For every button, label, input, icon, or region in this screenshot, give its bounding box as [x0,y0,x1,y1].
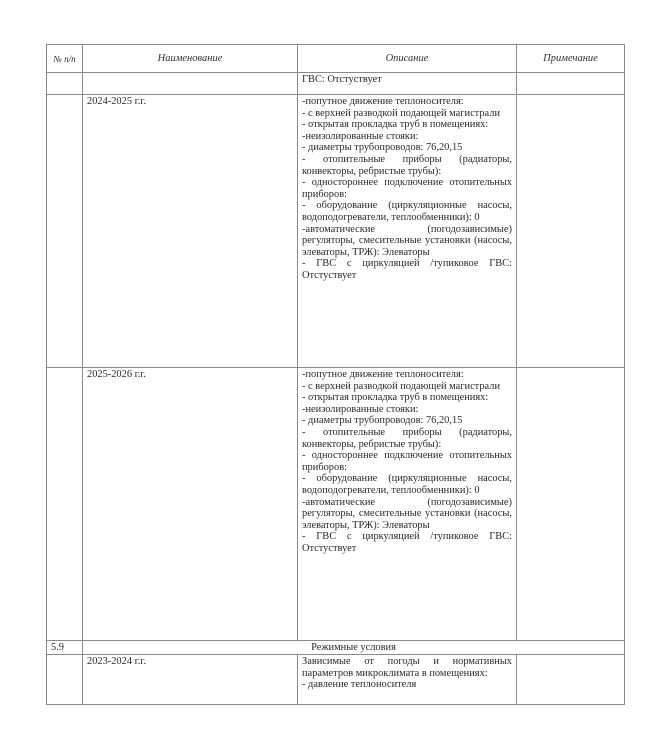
description-line: -неизолированные стояки: [302,404,512,416]
row-name: 2023-2024 г.г. [83,655,298,705]
description-line: Зависимые от погоды и нормативных параме… [302,656,512,679]
description-line: ГВС: Отстуствует [302,74,512,86]
row-note [517,73,625,95]
section-title: Режимные условия [83,641,625,655]
row-num [47,73,83,95]
description-line: - открытая прокладка труб в помещениях: [302,119,512,131]
row-num [47,655,83,705]
description-line: - с верхней разводкой подающей магистрал… [302,108,512,120]
row-description: ГВС: Отстуствует [298,73,517,95]
description-line: -попутное движение теплоносителя: [302,369,512,381]
description-line: - с верхней разводкой подающей магистрал… [302,381,512,393]
row-num [47,95,83,368]
row-description: Зависимые от погоды и нормативных параме… [298,655,517,705]
header-description: Описание [298,45,517,73]
row-note [517,655,625,705]
row-note [517,95,625,368]
table-row: 2023-2024 г.г. Зависимые от погоды и нор… [47,655,625,705]
row-description: -попутное движение теплоносителя:- с вер… [298,368,517,641]
description-line: - отопительные приборы (радиаторы, конве… [302,154,512,177]
description-line: - ГВС с циркуляцией /тупиковое ГВС: Отст… [302,258,512,281]
description-line: -попутное движение теплоносителя: [302,96,512,108]
section-number: 5.9 [47,641,83,655]
row-description: -попутное движение теплоносителя:- с вер… [298,95,517,368]
header-name: Наименование [83,45,298,73]
row-name [83,73,298,95]
row-name: 2025-2026 г.г. [83,368,298,641]
table-row: 2025-2026 г.г. -попутное движение теплон… [47,368,625,641]
section-row: 5.9 Режимные условия [47,641,625,655]
description-line: - одностороннее подключение отопительных… [302,450,512,473]
document-table: № п/п Наименование Описание Примечание Г… [46,44,625,705]
description-line: - оборудование (циркуляционные насосы, в… [302,200,512,223]
table-header-row: № п/п Наименование Описание Примечание [47,45,625,73]
description-line: - одностороннее подключение отопительных… [302,177,512,200]
description-line: - давление теплоносителя [302,679,512,691]
description-line: -неизолированные стояки: [302,131,512,143]
table-row: 2024-2025 г.г. -попутное движение теплон… [47,95,625,368]
header-num: № п/п [47,45,83,73]
description-line: - диаметры трубопроводов: 76,20,15 [302,415,512,427]
table-row: ГВС: Отстуствует [47,73,625,95]
row-note [517,368,625,641]
description-line: -автоматические (погодозависимые) регуля… [302,224,512,259]
description-line: - диаметры трубопроводов: 76,20,15 [302,142,512,154]
row-name: 2024-2025 г.г. [83,95,298,368]
description-line: - отопительные приборы (радиаторы, конве… [302,427,512,450]
description-line: -автоматические (погодозависимые) регуля… [302,497,512,532]
header-note: Примечание [517,45,625,73]
row-num [47,368,83,641]
description-line: - ГВС с циркуляцией /тупиковое ГВС: Отст… [302,531,512,554]
description-line: - открытая прокладка труб в помещениях: [302,392,512,404]
description-line: - оборудование (циркуляционные насосы, в… [302,473,512,496]
